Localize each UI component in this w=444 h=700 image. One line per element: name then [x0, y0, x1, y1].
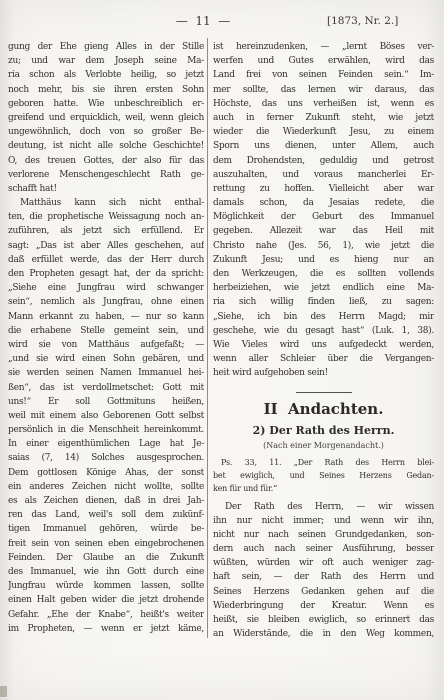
text-line: Matthäus kann sich nicht enthal- — [8, 196, 204, 210]
section-heading: II Andachten. — [213, 400, 434, 418]
text-line: wird sie von Matthäus aufgefaßt; — — [8, 338, 204, 352]
text-line: bet ewiglich, und Seines Herzens Gedan- — [213, 469, 434, 482]
text-line: rettung zu hoffen. Vielleicht aber war — [213, 182, 434, 196]
text-line: ßen“, das ist verdollmetschet: Gott mit — [8, 381, 204, 395]
section-subheading: 2) Der Rath des Herrn. — [213, 424, 434, 437]
right-column-text-top: ist hereinzudenken, — „lernt Böses ver-w… — [213, 40, 434, 381]
text-line: „und sie wird einen Sohn gebären, und — [8, 352, 204, 366]
text-line: es als Zeichen dienen, daß in drei Jah- — [8, 494, 204, 508]
text-line: O, des treuen Gottes, der also für das — [8, 154, 204, 168]
scanned-page: — 11 — [1873, Nr. 2.] gung der Ehe gieng… — [0, 0, 444, 700]
text-line: ein anderes Zeichen nicht wollte, sollte — [8, 480, 204, 494]
text-line: den Werkzeugen, die es sollten vollends — [213, 267, 434, 281]
text-line: Seines Herzens Gedanken gehen auf die — [213, 585, 434, 599]
text-line: einen Halt geben wider die jetzt drohend… — [8, 593, 204, 607]
left-column: gung der Ehe gieng Alles in der Stillezu… — [8, 40, 204, 636]
text-line: daß erfüllet werde, das der Herr durch — [8, 253, 204, 267]
text-line: noch mehr, bis sie ihren ersten Sohn — [8, 83, 204, 97]
text-line: auch in ferner Zukunft steht, wie jetzt — [213, 111, 434, 125]
text-line: Land frei von seinen Feinden sein.“ Im- — [213, 68, 434, 82]
text-line: wüßten, würden wir oft auch weniger zag- — [213, 556, 434, 570]
text-line: Wie Vieles wird uns aufgedeckt werden, — [213, 338, 434, 352]
text-line: „Siehe eine Jungfrau wird schwanger — [8, 281, 204, 295]
text-line: verlorene Menschengeschlecht Rath ge- — [8, 168, 204, 182]
text-line: weil mit einem also Geborenen Gott selbs… — [8, 409, 204, 423]
text-line: Gefahr. „Ehe der Knabe“, heißt's weiter — [8, 608, 204, 622]
text-line: freit sein von seinen eben eingebrochene… — [8, 537, 204, 551]
text-line: Mann erkannt zu haben, — nur so kann — [8, 310, 204, 324]
text-line: sie werden seinen Namen Immanuel hei- — [8, 366, 204, 380]
section-source-note: (Nach einer Morgenandacht.) — [213, 441, 434, 450]
text-line: ungewöhnlich, doch von so großer Be- — [8, 125, 204, 139]
text-line: haft sein, — der Rath des Herrn und — [213, 570, 434, 584]
text-line: Wiederbringung der Kreatur. Wenn es — [213, 599, 434, 613]
text-line: uns!“ Er soll Gottmituns heißen, — [8, 395, 204, 409]
text-line: Christo nahe (Jes. 56, 1), wie jetzt die — [213, 239, 434, 253]
text-line: damals schon, da Jesaias redete, die — [213, 196, 434, 210]
text-line: wieder die Wiederkunft Jesu, zu einem — [213, 125, 434, 139]
text-line: Möglichkeit der Geburt des Immanuel — [213, 210, 434, 224]
text-line: geboren hatte. Wie unbeschreiblich er- — [8, 97, 204, 111]
text-line: geschehe, wie du gesagt hast“ (Luk. 1, 3… — [213, 324, 434, 338]
page-number: — 11 — — [150, 14, 256, 28]
section-divider-rule — [296, 392, 352, 393]
text-line: In einer eigenthümlichen Lage hat Je- — [8, 437, 204, 451]
text-line: gung der Ehe gieng Alles in der Stille — [8, 40, 204, 54]
text-line: wenn aller Schleier über die Vergangen- — [213, 352, 434, 366]
text-line: dern auch nach seiner Ausführung, besser — [213, 542, 434, 556]
text-line: sein“, nemlich als Jungfrau, ohne einen — [8, 295, 204, 309]
issue-label: [1873, Nr. 2.] — [327, 15, 419, 27]
text-line: persönlich in die Menschheit hereinkommt… — [8, 423, 204, 437]
text-line: an Widerstände, die in den Weg kommen, — [213, 627, 434, 641]
text-line: Ps. 33, 11. „Der Rath des Herrn blei- — [213, 456, 434, 469]
text-line: gegeben. Allezeit war das Heil mit — [213, 224, 434, 238]
text-line: Jungfrau würde kommen lassen, sollte — [8, 579, 204, 593]
text-line: werfen und Gutes erwählen, wird das — [213, 54, 434, 68]
text-line: zu; und war dem Joseph seine Ma- — [8, 54, 204, 68]
text-line: nicht nur nach seinen Grundgedanken, son… — [213, 528, 434, 542]
text-line: dem Drohendsten, geduldig und getrost — [213, 154, 434, 168]
text-line: Höchste, das uns verheißen ist, wenn es — [213, 97, 434, 111]
text-line: ken für und für.“ — [213, 482, 434, 495]
text-line: tigen Immanuel gehören, würde be- — [8, 522, 204, 536]
text-line: ist hereinzudenken, — „lernt Böses ver- — [213, 40, 434, 54]
text-line: greifend und erquicklich, weil, wenn gle… — [8, 111, 204, 125]
text-line: saias (7, 14) Solches ausgesprochen. — [8, 451, 204, 465]
scan-smudge-mark — [0, 686, 7, 697]
text-line: mer sollte, das lernen wir daraus, das — [213, 83, 434, 97]
text-line: Dem gottlosen Könige Ahas, der sonst — [8, 466, 204, 480]
text-line: den Propheten gesagt hat, der da spricht… — [8, 267, 204, 281]
text-line: „Siehe, ich bin des Herrn Magd; mir — [213, 310, 434, 324]
text-line: im Propheten, — wenn er jetzt käme, — [8, 622, 204, 636]
text-line: zuführen, als jetzt sich erfüllend. Er — [8, 224, 204, 238]
text-line: herbeiziehen, wie jetzt endlich eine Ma- — [213, 281, 434, 295]
text-line: heit wird aufgehoben sein! — [213, 366, 434, 380]
text-line: ren das Land, weil's soll dem zukünf- — [8, 508, 204, 522]
text-line: heißt, sie bleiben ewiglich, so erinnert… — [213, 613, 434, 627]
text-line: schafft hat! — [8, 182, 204, 196]
text-line: Der Rath des Herrn, — wir wissen — [213, 500, 434, 514]
text-line: die erhabene Stelle gemeint sein, und — [8, 324, 204, 338]
text-line: Sporn uns dienen, unter Allem, auch — [213, 139, 434, 153]
text-line: ria sich willig finden ließ, zu sagen: — [213, 295, 434, 309]
text-line: Zukunft Jesu; und es hieng nur an — [213, 253, 434, 267]
text-line: sagt: „Das ist aber Alles geschehen, auf — [8, 239, 204, 253]
right-column: ist hereinzudenken, — „lernt Böses ver-w… — [213, 40, 434, 641]
scripture-quote: Ps. 33, 11. „Der Rath des Herrn blei-bet… — [213, 456, 434, 495]
text-line: deutung, ist nicht alle solche Geschicht… — [8, 139, 204, 153]
text-line: ten, die prophetische Weissagung noch an… — [8, 210, 204, 224]
text-line: ihn nur nicht immer; und wenn wir ihn, — [213, 514, 434, 528]
text-line: des Immanuel, wie ihn Gott durch eine — [8, 565, 204, 579]
devotion-paragraph: Der Rath des Herrn, — wir wissenihn nur … — [213, 500, 434, 642]
text-line: ria schon als Verlobte heilig, so jetzt — [8, 68, 204, 82]
column-divider-rule — [207, 38, 208, 638]
text-line: auszuhalten, und voraus mancherlei Er- — [213, 168, 434, 182]
text-line: Feinden. Der Glaube an die Zukunft — [8, 551, 204, 565]
